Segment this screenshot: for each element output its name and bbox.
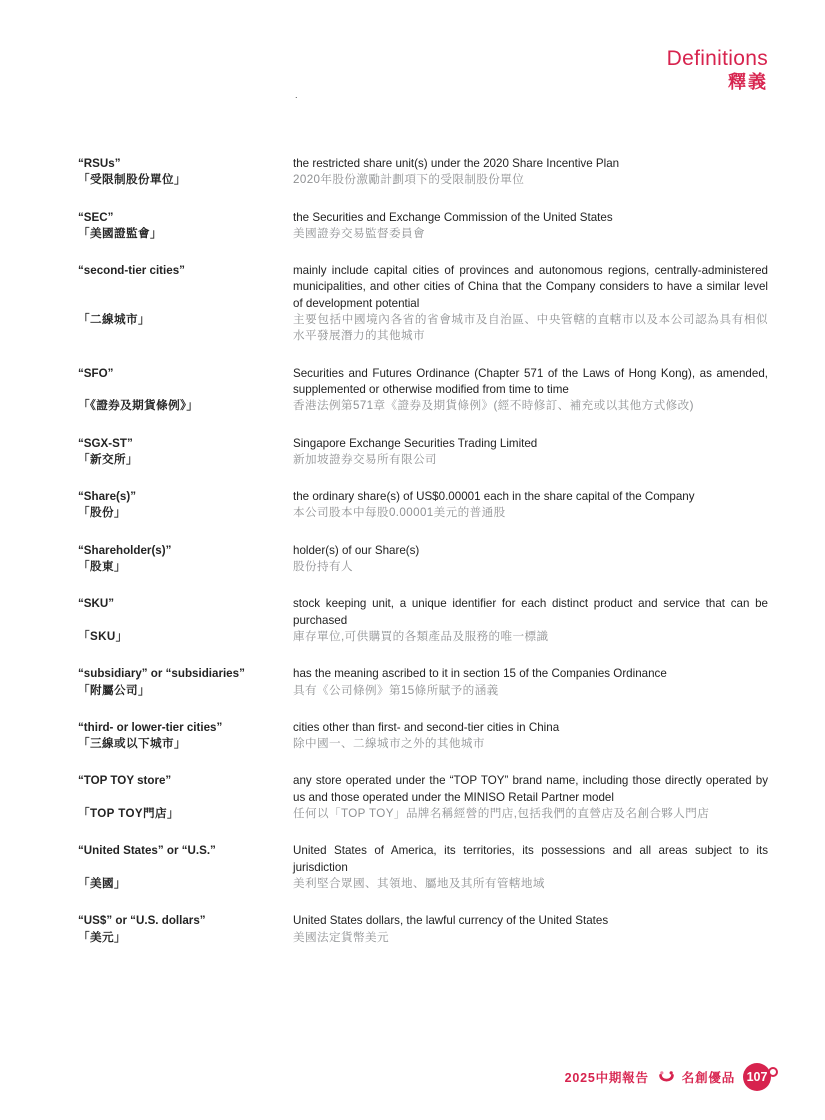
definition-row-english: “TOP TOY store” any store operated under… <box>78 773 768 806</box>
term-chinese: 「新交所」 <box>78 452 293 468</box>
definition-row-english: “SEC” the Securities and Exchange Commis… <box>78 210 768 226</box>
page-title-zh: 釋義 <box>667 71 768 94</box>
term-chinese: 「TOP TOY門店」 <box>78 806 293 822</box>
definition-english: Securities and Futures Ordinance (Chapte… <box>293 366 768 399</box>
definition-entry: “United States” or “U.S.” United States … <box>78 843 768 892</box>
definition-entry: “subsidiary” or “subsidiaries” has the m… <box>78 666 768 699</box>
term-chinese: 「受限制股份單位」 <box>78 172 293 188</box>
definition-row-chinese: 「美國證監會」 美國證券交易監督委員會 <box>78 226 768 242</box>
definition-row-chinese: 「美國」 美利堅合眾國、其領地、屬地及其所有管轄地域 <box>78 876 768 892</box>
definition-entry: “second-tier cities” mainly include capi… <box>78 263 768 344</box>
brand-label: 名創優品 <box>682 1068 735 1086</box>
term-english: “SGX-ST” <box>78 436 293 452</box>
definition-entry: “SEC” the Securities and Exchange Commis… <box>78 210 768 243</box>
definition-row-english: “third- or lower-tier cities” cities oth… <box>78 720 768 736</box>
term-english: “SEC” <box>78 210 293 226</box>
stray-mark: . <box>295 90 298 100</box>
definition-row-english: “United States” or “U.S.” United States … <box>78 843 768 876</box>
page-header: Definitions 釋義 <box>667 47 768 94</box>
definition-english: mainly include capital cities of provinc… <box>293 263 768 312</box>
term-english: “US$” or “U.S. dollars” <box>78 913 293 929</box>
definition-row-chinese: 「股東」 股份持有人 <box>78 559 768 575</box>
definition-row-english: “SFO” Securities and Futures Ordinance (… <box>78 366 768 399</box>
term-english: “SKU” <box>78 596 293 612</box>
definition-row-english: “SKU” stock keeping unit, a unique ident… <box>78 596 768 629</box>
definition-row-chinese: 「SKU」 庫存單位,可供購買的各類產品及服務的唯一標識 <box>78 629 768 645</box>
definition-chinese: 香港法例第571章《證券及期貨條例》(經不時修訂、補充或以其他方式修改) <box>293 398 768 414</box>
definition-entry: “SFO” Securities and Futures Ordinance (… <box>78 366 768 415</box>
definition-english: United States dollars, the lawful curren… <box>293 913 768 929</box>
definition-row-chinese: 「股份」 本公司股本中每股0.00001美元的普通股 <box>78 505 768 521</box>
definition-row-chinese: 「二線城市」 主要包括中國境內各省的省會城市及自治區、中央管轄的直轄市以及本公司… <box>78 312 768 345</box>
definition-entry: “US$” or “U.S. dollars” United States do… <box>78 913 768 946</box>
report-title-label: 2025中期報告 <box>565 1068 649 1086</box>
definition-entry: “Shareholder(s)” holder(s) of our Share(… <box>78 543 768 576</box>
definition-row-english: “RSUs” the restricted share unit(s) unde… <box>78 156 768 172</box>
definition-entry: “third- or lower-tier cities” cities oth… <box>78 720 768 753</box>
term-chinese: 「美元」 <box>78 930 293 946</box>
definition-chinese: 具有《公司條例》第15條所賦予的涵義 <box>293 683 768 699</box>
page-footer: 2025中期報告 名創優品 107 <box>565 1063 783 1091</box>
term-chinese: 「股東」 <box>78 559 293 575</box>
definition-row-chinese: 「附屬公司」 具有《公司條例》第15條所賦予的涵義 <box>78 683 768 699</box>
term-chinese: 「SKU」 <box>78 629 293 645</box>
term-chinese: 「三線或以下城市」 <box>78 736 293 752</box>
term-chinese: 「美國證監會」 <box>78 226 293 242</box>
definition-english: United States of America, its territorie… <box>293 843 768 876</box>
term-english: “RSUs” <box>78 156 293 172</box>
definition-english: the ordinary share(s) of US$0.00001 each… <box>293 489 768 505</box>
definition-english: any store operated under the “TOP TOY” b… <box>293 773 768 806</box>
term-english: “United States” or “U.S.” <box>78 843 293 859</box>
definition-row-chinese: 「受限制股份單位」 2020年股份激勵計劃項下的受限制股份單位 <box>78 172 768 188</box>
definition-entry: “TOP TOY store” any store operated under… <box>78 773 768 822</box>
term-english: “Share(s)” <box>78 489 293 505</box>
definition-entry: “RSUs” the restricted share unit(s) unde… <box>78 156 768 189</box>
definition-chinese: 美國證券交易監督委員會 <box>293 226 768 242</box>
miniso-smiley-icon <box>658 1070 675 1084</box>
term-chinese: 「附屬公司」 <box>78 683 293 699</box>
definition-chinese: 主要包括中國境內各省的省會城市及自治區、中央管轄的直轄市以及本公司認為具有相似水… <box>293 312 768 345</box>
definition-english: cities other than first- and second-tier… <box>293 720 768 736</box>
definition-chinese: 股份持有人 <box>293 559 768 575</box>
term-chinese: 「美國」 <box>78 876 293 892</box>
definition-row-chinese: 「美元」 美國法定貨幣美元 <box>78 930 768 946</box>
page-number-badge: 107 <box>743 1063 783 1091</box>
definition-english: has the meaning ascribed to it in sectio… <box>293 666 768 682</box>
definition-chinese: 除中國一、二線城市之外的其他城市 <box>293 736 768 752</box>
definition-row-english: “Shareholder(s)” holder(s) of our Share(… <box>78 543 768 559</box>
definition-row-english: “US$” or “U.S. dollars” United States do… <box>78 913 768 929</box>
definition-chinese: 本公司股本中每股0.00001美元的普通股 <box>293 505 768 521</box>
definition-english: Singapore Exchange Securities Trading Li… <box>293 436 768 452</box>
definition-chinese: 美國法定貨幣美元 <box>293 930 768 946</box>
definition-chinese: 新加坡證券交易所有限公司 <box>293 452 768 468</box>
definition-entry: “SKU” stock keeping unit, a unique ident… <box>78 596 768 645</box>
definition-row-english: “Share(s)” the ordinary share(s) of US$0… <box>78 489 768 505</box>
term-english: “subsidiary” or “subsidiaries” <box>78 666 293 682</box>
definition-entry: “Share(s)” the ordinary share(s) of US$0… <box>78 489 768 522</box>
definition-english: stock keeping unit, a unique identifier … <box>293 596 768 629</box>
page-number-ring <box>768 1067 778 1077</box>
definition-row-english: “subsidiary” or “subsidiaries” has the m… <box>78 666 768 682</box>
term-chinese: 「《證券及期貨條例》」 <box>78 398 293 414</box>
term-chinese: 「股份」 <box>78 505 293 521</box>
definition-chinese: 美利堅合眾國、其領地、屬地及其所有管轄地域 <box>293 876 768 892</box>
definition-row-chinese: 「TOP TOY門店」 任何以「TOP TOY」品牌名稱經營的門店,包括我們的直… <box>78 806 768 822</box>
term-english: “third- or lower-tier cities” <box>78 720 293 736</box>
term-chinese: 「二線城市」 <box>78 312 293 328</box>
definitions-list: “RSUs” the restricted share unit(s) unde… <box>78 156 768 967</box>
definition-row-chinese: 「三線或以下城市」 除中國一、二線城市之外的其他城市 <box>78 736 768 752</box>
definition-row-chinese: 「《證券及期貨條例》」 香港法例第571章《證券及期貨條例》(經不時修訂、補充或… <box>78 398 768 414</box>
page-number: 107 <box>743 1063 771 1091</box>
term-english: “TOP TOY store” <box>78 773 293 789</box>
definition-chinese: 2020年股份激勵計劃項下的受限制股份單位 <box>293 172 768 188</box>
definition-row-chinese: 「新交所」 新加坡證券交易所有限公司 <box>78 452 768 468</box>
page-title: Definitions <box>667 47 768 71</box>
definition-english: the restricted share unit(s) under the 2… <box>293 156 768 172</box>
definition-english: holder(s) of our Share(s) <box>293 543 768 559</box>
definition-row-english: “SGX-ST” Singapore Exchange Securities T… <box>78 436 768 452</box>
term-english: “Shareholder(s)” <box>78 543 293 559</box>
definition-entry: “SGX-ST” Singapore Exchange Securities T… <box>78 436 768 469</box>
definition-english: the Securities and Exchange Commission o… <box>293 210 768 226</box>
definition-chinese: 庫存單位,可供購買的各類產品及服務的唯一標識 <box>293 629 768 645</box>
definition-row-english: “second-tier cities” mainly include capi… <box>78 263 768 312</box>
definition-chinese: 任何以「TOP TOY」品牌名稱經營的門店,包括我們的直營店及名創合夥人門店 <box>293 806 768 822</box>
term-english: “second-tier cities” <box>78 263 293 279</box>
term-english: “SFO” <box>78 366 293 382</box>
